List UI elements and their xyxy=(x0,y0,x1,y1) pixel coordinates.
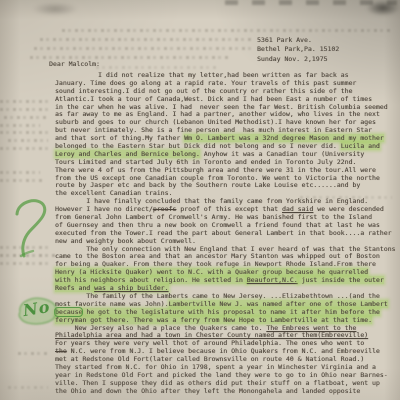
text-run: The only connection with New England tha… xyxy=(55,245,395,253)
text-run: For years they were very well thot of ar… xyxy=(55,339,364,347)
bleedthrough-mark xyxy=(96,66,216,69)
text-run: N.C. were from N.J. I believe because in… xyxy=(67,347,380,355)
text-run: the xyxy=(55,347,67,355)
text-run: sound interesting.I did not go out of th… xyxy=(55,87,352,95)
bleedthrough-mark xyxy=(0,179,44,182)
sender-address: 5361 Park Ave.Bethel Park,Pa. 15102Sunda… xyxy=(257,36,339,64)
text-run: I did not realize that my letter,had bee… xyxy=(55,71,349,79)
text-run: Atlantic.I took a tour of Canada,West. D… xyxy=(55,95,372,103)
bleedthrough-mark xyxy=(0,131,48,134)
address-line: Bethel Park,Pa. 15102 xyxy=(257,45,339,54)
bleedthrough-mark xyxy=(0,100,52,103)
text-run: Leroy and Charles and Bernice belong. xyxy=(55,150,200,158)
text-run: we were descended xyxy=(313,205,383,213)
bleedthrough-mark xyxy=(0,262,48,265)
text-run: from General John Lambert of Cromwell's … xyxy=(55,213,372,221)
address-line: Sunday Nov. 2,1975 xyxy=(257,55,339,64)
text-run: I have finally concluded that the family… xyxy=(55,197,368,205)
text-run: The Embrees went to the xyxy=(266,324,356,332)
text-run: met at Redstone Old Fort(later called Br… xyxy=(55,355,364,363)
text-run: the Ohio and down the Ohio after they le… xyxy=(55,387,360,395)
bleedthrough-mark xyxy=(62,29,390,32)
text-run: belonged to the Eastern Star but Dick di… xyxy=(55,142,341,150)
text-run: Beaufort,N.C. xyxy=(247,276,298,284)
text-run: However I have no direct/ xyxy=(55,205,153,213)
bleedthrough-mark xyxy=(30,56,230,59)
text-run: proof of this except that xyxy=(176,205,282,213)
bleedthrough-mark xyxy=(40,38,252,41)
text-run: There were 4 of us from the Pittsburgh a… xyxy=(55,166,376,174)
text-run: came to the Boston area and that an ance… xyxy=(55,252,380,260)
bleedthrough-mark xyxy=(0,124,40,127)
text-run: route by Jasper etc and back by the Sout… xyxy=(55,181,360,189)
text-run: new and weighty book about Cromwell. xyxy=(55,237,196,245)
text-run: ferryman got there. There was a ferry fr… xyxy=(55,316,372,324)
text-run: and that sort of thing.My father xyxy=(55,134,184,142)
text-run: he got to the legislature with his propo… xyxy=(82,308,379,316)
letter-line: the Ohio and down the Ohio after they le… xyxy=(55,388,395,396)
text-run: just inside the outer xyxy=(298,276,384,284)
text-run: Tours Limited and started July 6th in To… xyxy=(55,158,356,166)
text-run: dad said xyxy=(282,205,313,213)
text-run: of Guernsey and then thru a new book on … xyxy=(55,221,380,229)
top-right-smudge xyxy=(366,0,400,16)
top-edge-smudge xyxy=(225,0,397,5)
text-run: Lucila and xyxy=(341,142,380,150)
bleedthrough-mark xyxy=(18,352,50,355)
text-run: as far away to me as England. I had a pa… xyxy=(55,110,380,118)
bleedthrough-mark xyxy=(0,147,50,150)
text-run: suburb and goes to our church (Lebanon U… xyxy=(55,118,376,126)
text-run: They started from N.C. for Ohio in 1798,… xyxy=(55,363,376,371)
bleedthrough-mark xyxy=(34,47,252,50)
salutation: Dear Malcolm: xyxy=(49,60,100,68)
handwritten-no-annotation: No xyxy=(14,294,66,328)
letter-body: I did not realize that my letter,had bee… xyxy=(55,72,395,396)
text-run: Lambertville New J. was named after one … xyxy=(169,300,388,308)
text-run: ville. Then I suppose they did as others… xyxy=(55,379,380,387)
bleedthrough-mark xyxy=(4,116,48,119)
text-run: most favorite name was John). xyxy=(55,300,169,308)
text-run: was a ship builder. xyxy=(94,284,168,292)
text-run: Reefs and xyxy=(55,284,94,292)
text-run: Anyhow it was a Canadian tour (Universit… xyxy=(200,150,364,158)
bleedthrough-mark xyxy=(0,108,50,111)
text-run: year in Redstone Old Fort and picked the… xyxy=(55,371,388,379)
text-run: from the US except one Canadian couple f… xyxy=(55,174,380,182)
handwritten-question-mark xyxy=(8,194,52,262)
text-run: Philadelphia area and had a town in Ches… xyxy=(55,331,368,339)
text-run: Wm O. Lambert was a 32nd degree Mason an… xyxy=(184,134,384,142)
text-run: the excellent Canadian trains. xyxy=(55,189,172,197)
text-run: The family of the Lamberts came to New J… xyxy=(55,292,380,300)
text-run: New Jersey also had a place the Quakers … xyxy=(55,324,266,332)
letter-page: 5361 Park Ave.Bethel Park,Pa. 15102Sunda… xyxy=(0,0,400,400)
text-run: proofs xyxy=(153,205,176,213)
bleedthrough-mark xyxy=(8,386,48,389)
text-run: January. Time does go along at a rapid r… xyxy=(55,79,356,87)
text-run: executed from the Tower.I read the part … xyxy=(55,229,392,237)
text-run: with his neighbors about religion. He se… xyxy=(55,276,247,284)
top-left-smudge xyxy=(32,2,78,16)
address-line: 5361 Park Ave. xyxy=(257,36,339,45)
bleedthrough-mark xyxy=(8,139,48,142)
bleedthrough-mark xyxy=(0,171,40,174)
text-run: in the car when he was alive. I had neve… xyxy=(55,103,388,111)
